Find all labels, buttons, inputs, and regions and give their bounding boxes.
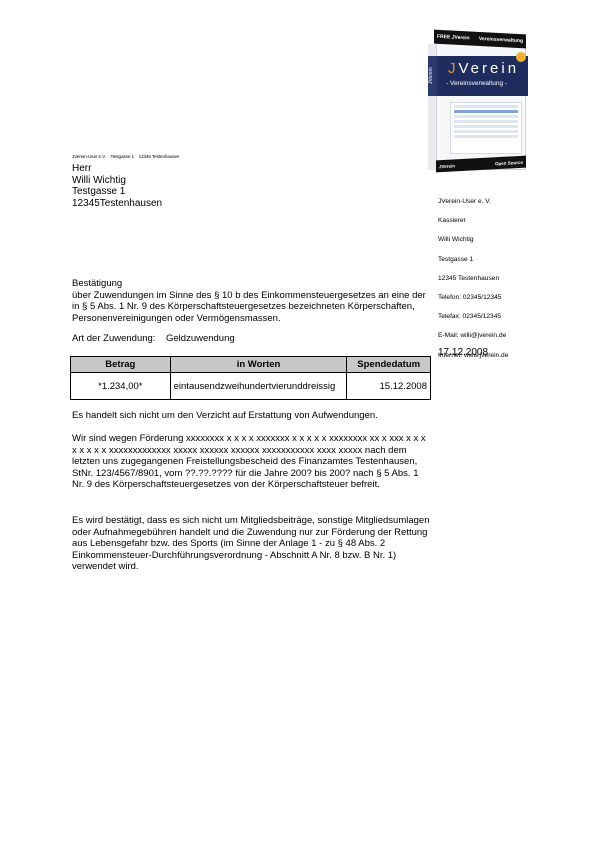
donation-type-value: Geldzuwendung bbox=[166, 333, 235, 344]
recipient-name: Willi Wichtig bbox=[72, 175, 162, 187]
cell-donation-date: 15.12.2008 bbox=[347, 373, 431, 400]
jverein-product-box-image: FREE JVerein Vereinsverwaltung JVerein J… bbox=[428, 30, 528, 172]
sender-org: JVerein-User e. V. bbox=[438, 198, 508, 217]
sender-name: Willi Wichtig bbox=[438, 236, 508, 255]
donation-type: Art der Zuwendung: Geldzuwendung bbox=[72, 333, 432, 345]
badge-icon bbox=[516, 52, 526, 62]
confirmation-section: Bestätigung über Zuwendungen im Sinne de… bbox=[72, 278, 432, 324]
box-bottom-right-text: Open Source bbox=[495, 159, 523, 165]
sender-return-line: JVerein-User e.V. Testgasse 1 12345 Test… bbox=[72, 154, 179, 159]
box-screenshot-graphic bbox=[450, 102, 522, 154]
box-side-text: JVerein bbox=[428, 56, 437, 96]
sender-info-block: JVerein-User e. V. Kassierer Willi Wicht… bbox=[438, 198, 508, 371]
box-title-rest: Verein bbox=[459, 60, 520, 77]
usage-confirmation-paragraph: Es wird bestätigt, dass es sich nicht um… bbox=[72, 515, 432, 573]
recipient-street: Testgasse 1 bbox=[72, 186, 162, 198]
box-top-right-text: Vereinsverwaltung bbox=[479, 36, 523, 44]
table-row: *1.234,00* eintausendzweihundertvierundd… bbox=[71, 373, 431, 400]
recipient-city: 12345Testenhausen bbox=[72, 198, 162, 210]
sender-phone: Telefon: 02345/12345 bbox=[438, 294, 508, 313]
letter-date: 17.12.2008 bbox=[438, 347, 488, 358]
box-title-initial: J bbox=[448, 60, 459, 77]
recipient-salutation: Herr bbox=[72, 163, 162, 175]
box-bottom-left-text: JVerein bbox=[439, 163, 455, 169]
confirmation-heading: Bestätigung bbox=[72, 278, 432, 290]
header-amount: Betrag bbox=[71, 357, 171, 373]
cell-amount: *1.234,00* bbox=[71, 373, 171, 400]
cell-in-words: eintausendzweihundertvierunddreissig bbox=[170, 373, 347, 400]
donation-table: Betrag in Worten Spendedatum *1.234,00* … bbox=[70, 356, 431, 400]
header-donation-date: Spendedatum bbox=[347, 357, 431, 373]
donation-type-label: Art der Zuwendung: bbox=[72, 333, 155, 344]
sender-fax: Telefax: 02345/12345 bbox=[438, 313, 508, 332]
sender-city: 12345 Testenhausen bbox=[438, 275, 508, 294]
exemption-paragraph: Wir sind wegen Förderung xxxxxxxx x x x … bbox=[72, 433, 432, 491]
sender-street: Testgasse 1 bbox=[438, 256, 508, 275]
recipient-address: Herr Willi Wichtig Testgasse 1 12345Test… bbox=[72, 163, 162, 209]
no-waiver-paragraph: Es handelt sich nicht um den Verzicht au… bbox=[72, 410, 432, 422]
table-header-row: Betrag in Worten Spendedatum bbox=[71, 357, 431, 373]
sender-role: Kassierer bbox=[438, 217, 508, 236]
box-subtitle: - Vereinsverwaltung - bbox=[446, 80, 507, 87]
confirmation-text: über Zuwendungen im Sinne des § 10 b des… bbox=[72, 290, 432, 325]
box-title: JVerein bbox=[448, 60, 519, 77]
header-in-words: in Worten bbox=[170, 357, 347, 373]
box-title-band: JVerein JVerein - Vereinsverwaltung - bbox=[428, 56, 528, 96]
box-top-left-text: FREE JVerein bbox=[437, 34, 470, 42]
